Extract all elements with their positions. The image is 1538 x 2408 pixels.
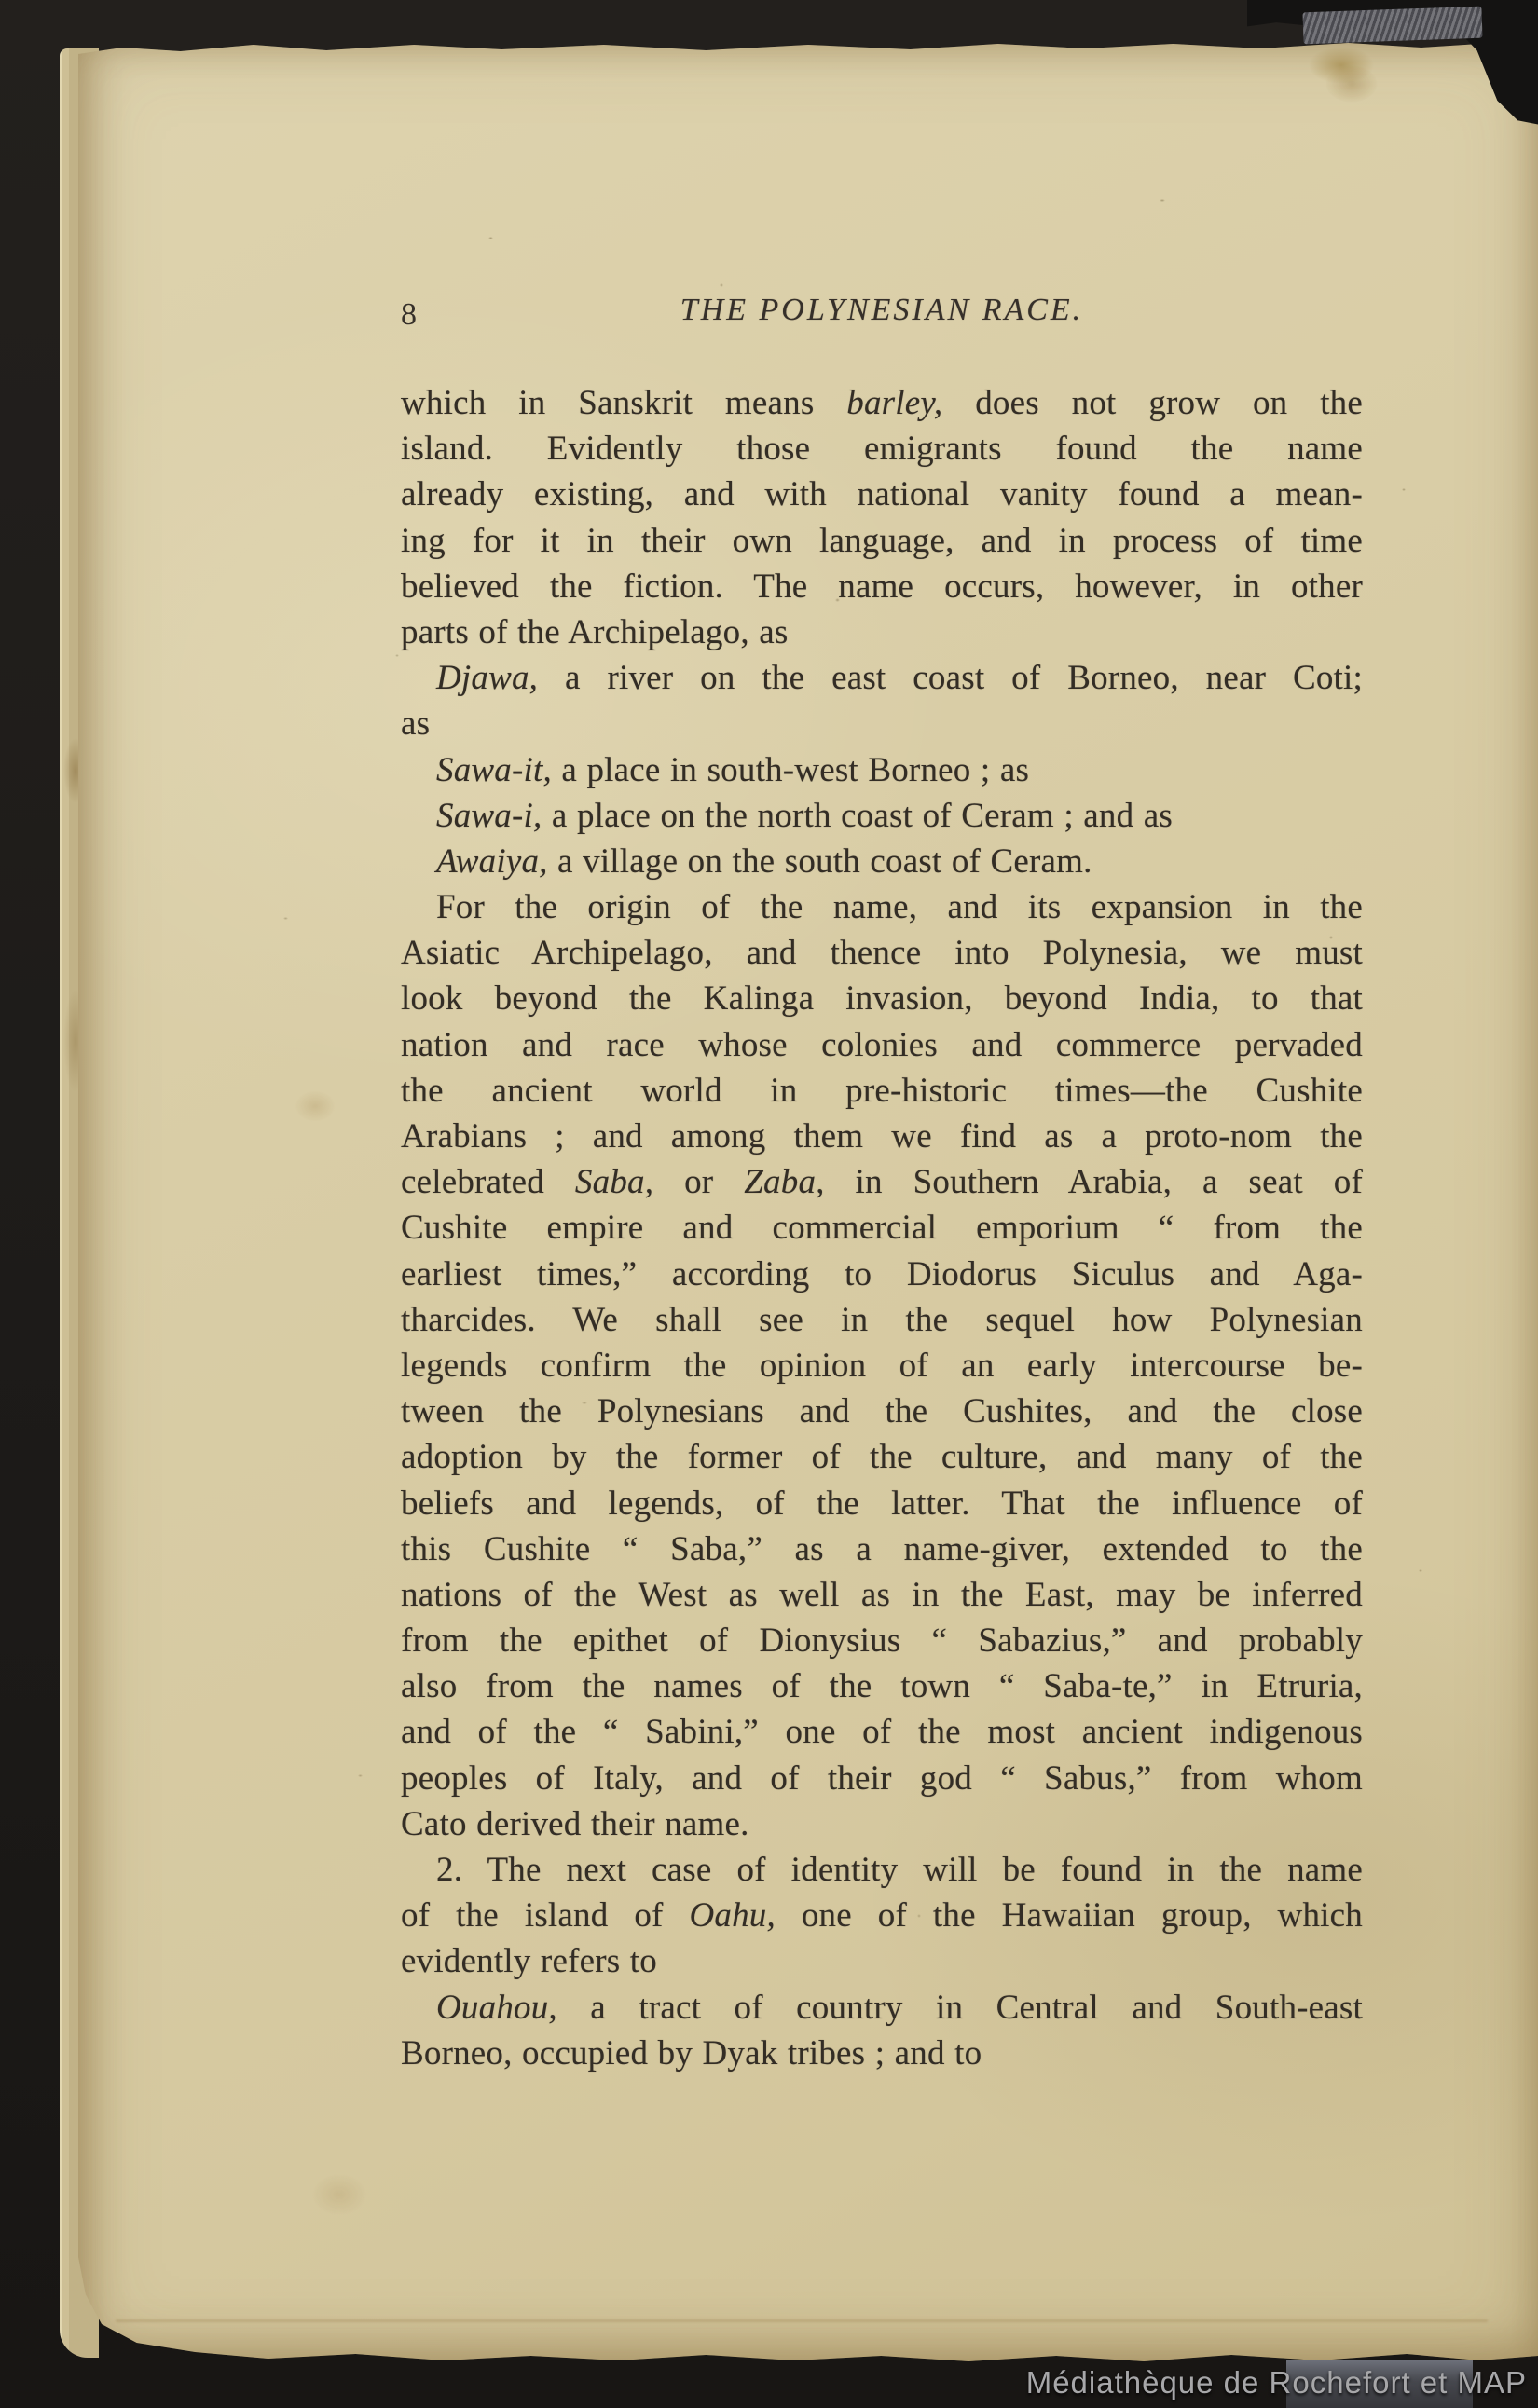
scanned-book-viewer: { "header": { "page_number": "8", "title… [0,0,1538,2408]
text-line: this Cushite “ Saba,” as a name-giver, e… [401,1526,1363,1572]
text-line: evidently refers to [401,1938,1363,1984]
text-line: ing for it in their own language, and in… [401,518,1363,564]
page-header: 8 THE POLYNESIAN RACE. [401,293,1363,335]
text-line: Djawa, a river on the east coast of Born… [401,655,1363,701]
text-line: peoples of Italy, and of their god “ Sab… [401,1756,1363,1801]
text-line: believed the fiction. The name occurs, h… [401,564,1363,609]
text-line: Asiatic Archipelago, and thence into Pol… [401,930,1363,976]
text-line: island. Evidently those emigrants found … [401,426,1363,472]
text-line: also from the names of the town “ Saba-t… [401,1663,1363,1709]
text-line: from the epithet of Dionysius “ Sabazius… [401,1618,1363,1663]
text-line: look beyond the Kalinga invasion, beyond… [401,976,1363,1021]
text-line: and of the “ Sabini,” one of the most an… [401,1709,1363,1755]
corner-stain [1309,47,1374,84]
text-line: as [401,701,1363,746]
text-line: Borneo, occupied by Dyak tribes ; and to [401,2031,1363,2076]
text-line: parts of the Archipelago, as [401,609,1363,655]
text-line: which in Sanskrit means barley, does not… [401,380,1363,426]
text-line: adoption by the former of the culture, a… [401,1434,1363,1480]
text-line: Awaiya, a village on the south coast of … [401,839,1363,884]
text-line: the ancient world in pre-historic times—… [401,1068,1363,1114]
text-line: legends confirm the opinion of an early … [401,1343,1363,1389]
page-text: which in Sanskrit means barley, does not… [401,380,1363,2076]
text-line: Ouahou, a tract of country in Central an… [401,1985,1363,2031]
page-number: 8 [401,297,417,333]
text-line: Arabians ; and among them we find as a p… [401,1114,1363,1159]
deckle-line [116,2319,1488,2322]
text-line: celebrated Saba, or Zaba, in Southern Ar… [401,1159,1363,1205]
text-line: nation and race whose colonies and comme… [401,1022,1363,1068]
binding-cloth-texture [1302,7,1482,45]
text-line: Cushite empire and commercial emporium “… [401,1205,1363,1251]
text-line: tharcides. We shall see in the sequel ho… [401,1297,1363,1343]
library-watermark: Médiathèque de Rochefort et MAP [1026,2365,1527,2401]
text-line: Sawa-it, a place in south-west Borneo ; … [401,747,1363,793]
text-line: nations of the West as well as in the Ea… [401,1572,1363,1618]
text-line: of the island of Oahu, one of the Hawaii… [401,1893,1363,1938]
text-line: tween the Polynesians and the Cushites, … [401,1389,1363,1434]
text-line: Cato derived their name. [401,1801,1363,1847]
text-line: earliest times,” according to Diodorus S… [401,1252,1363,1297]
running-title: THE POLYNESIAN RACE. [401,293,1363,328]
text-line: already existing, and with national vani… [401,472,1363,517]
text-line: For the origin of the name, and its expa… [401,884,1363,930]
text-line: Sawa-i, a place on the north coast of Ce… [401,793,1363,839]
text-line: 2. The next case of identity will be fou… [401,1847,1363,1893]
text-line: beliefs and legends, of the latter. That… [401,1481,1363,1526]
book-page: 8 THE POLYNESIAN RACE. which in Sanskrit… [78,39,1538,2363]
